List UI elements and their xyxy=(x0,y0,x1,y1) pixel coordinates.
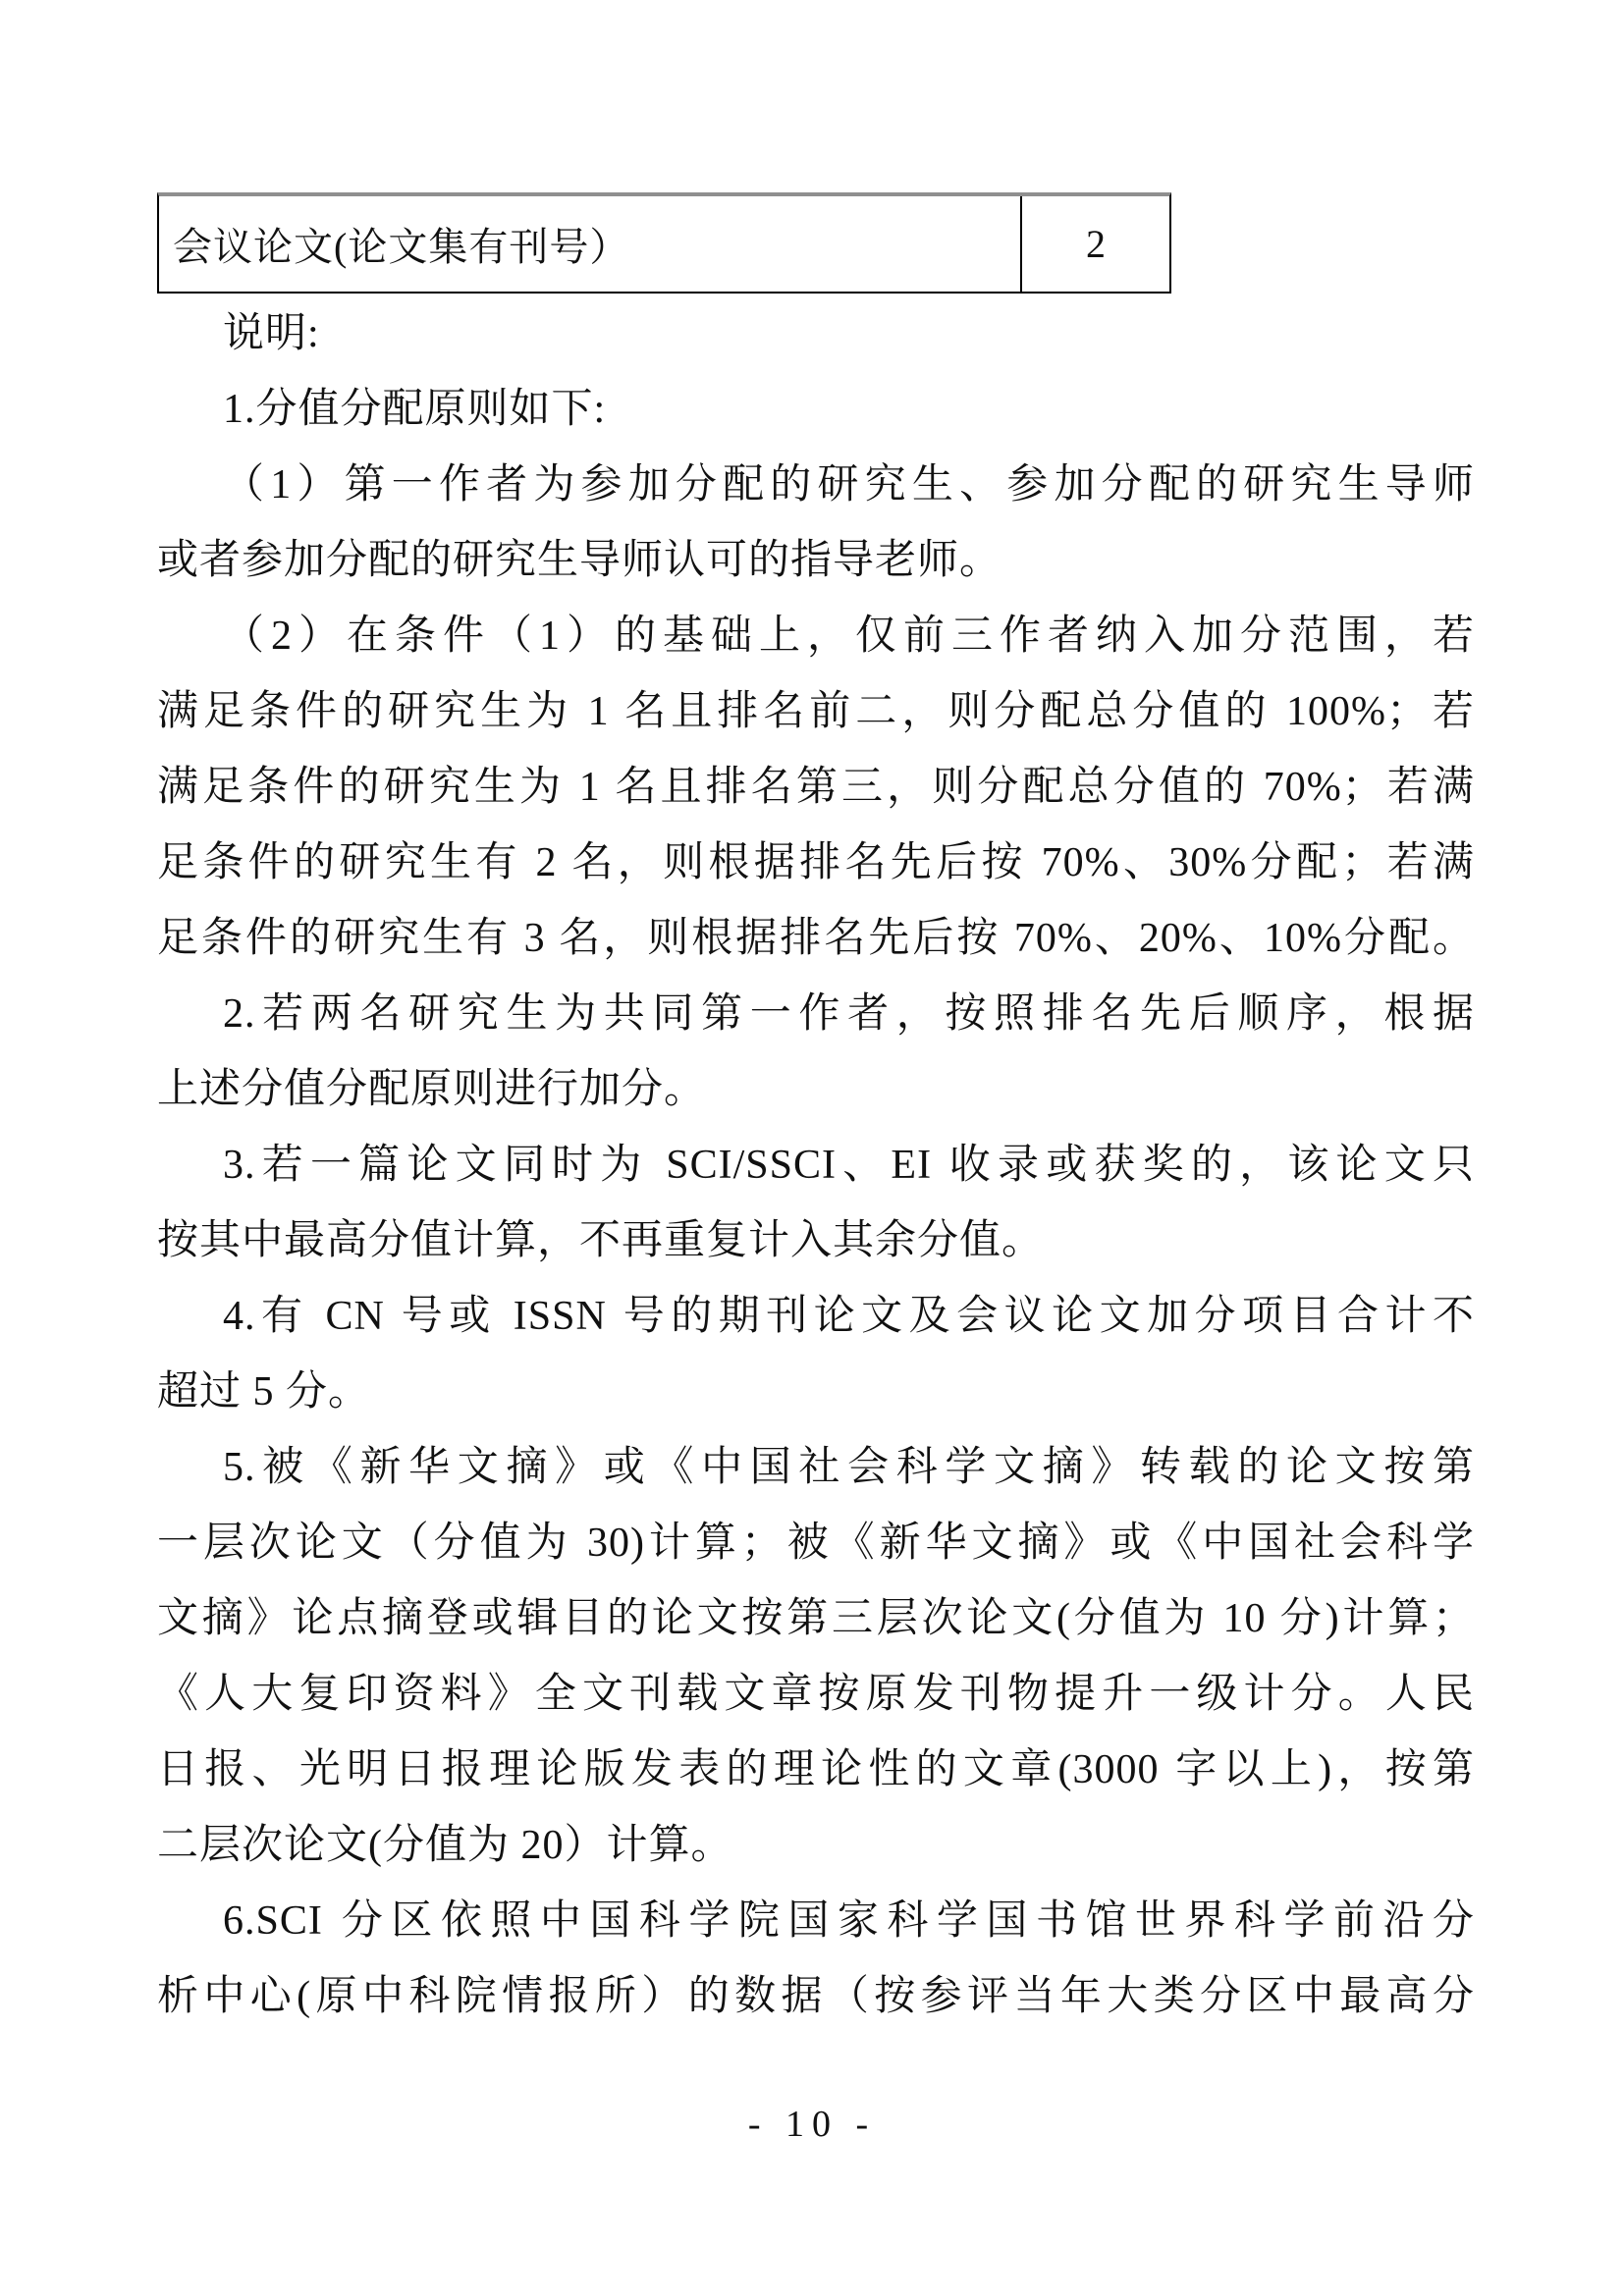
body-line: 上述分值分配原则进行加分。 xyxy=(157,1052,1475,1128)
body-line: 说明: xyxy=(157,296,1475,372)
body-line: 足条件的研究生有 3 名，则根据排名先后按 70%、20%、10%分配。 xyxy=(157,901,1475,977)
body-line: 《人大复印资料》全文刊载文章按原发刊物提升一级计分。人民 xyxy=(157,1657,1475,1733)
body-line: 二层次论文(分值为 20）计算。 xyxy=(157,1808,1475,1884)
body-line: 3.若一篇论文同时为 SCI/SSCI、EI 收录或获奖的，该论文只 xyxy=(157,1128,1475,1203)
document-page: 会议论文(论文集有刊号） 2 说明: 1.分值分配原则如下: （1）第一作者为参… xyxy=(0,0,1624,2296)
body-line: 满足条件的研究生为 1 名且排名第三，则分配总分值的 70%；若满 xyxy=(157,750,1475,826)
body-line: 5.被《新华文摘》或《中国社会科学文摘》转载的论文按第 xyxy=(157,1430,1475,1506)
score-table: 会议论文(论文集有刊号） 2 xyxy=(157,192,1171,294)
body-line: 超过 5 分。 xyxy=(157,1355,1475,1430)
body-line: 6.SCI 分区依照中国科学院国家科学国书馆世界科学前沿分 xyxy=(157,1884,1475,1959)
body-line: 析中心(原中科院情报所）的数据（按参评当年大类分区中最高分 xyxy=(157,1959,1475,2035)
body-line: （1）第一作者为参加分配的研究生、参加分配的研究生导师 xyxy=(157,448,1475,523)
page-number: - 10 - xyxy=(0,2103,1624,2146)
body-line: 2.若两名研究生为共同第一作者，按照排名先后顺序，根据 xyxy=(157,977,1475,1052)
body-line: 足条件的研究生有 2 名，则根据排名先后按 70%、30%分配；若满 xyxy=(157,826,1475,901)
body-line: 1.分值分配原则如下: xyxy=(157,372,1475,448)
body-line: 按其中最高分值计算，不再重复计入其余分值。 xyxy=(157,1203,1475,1279)
body-line: （2）在条件（1）的基础上，仅前三作者纳入加分范围，若 xyxy=(157,599,1475,674)
body-text: 说明: 1.分值分配原则如下: （1）第一作者为参加分配的研究生、参加分配的研究… xyxy=(157,296,1475,2035)
table-cell-score: 2 xyxy=(1022,196,1169,292)
body-line: 日报、光明日报理论版发表的理论性的文章(3000 字以上)，按第 xyxy=(157,1733,1475,1808)
body-line: 文摘》论点摘登或辑目的论文按第三层次论文(分值为 10 分)计算； xyxy=(157,1581,1475,1657)
table-cell-category: 会议论文(论文集有刊号） xyxy=(159,196,1022,292)
body-line: 4.有 CN 号或 ISSN 号的期刊论文及会议论文加分项目合计不 xyxy=(157,1279,1475,1355)
body-line: 或者参加分配的研究生导师认可的指导老师。 xyxy=(157,523,1475,599)
body-line: 满足条件的研究生为 1 名且排名前二，则分配总分值的 100%；若 xyxy=(157,674,1475,750)
body-line: 一层次论文（分值为 30)计算；被《新华文摘》或《中国社会科学 xyxy=(157,1506,1475,1581)
